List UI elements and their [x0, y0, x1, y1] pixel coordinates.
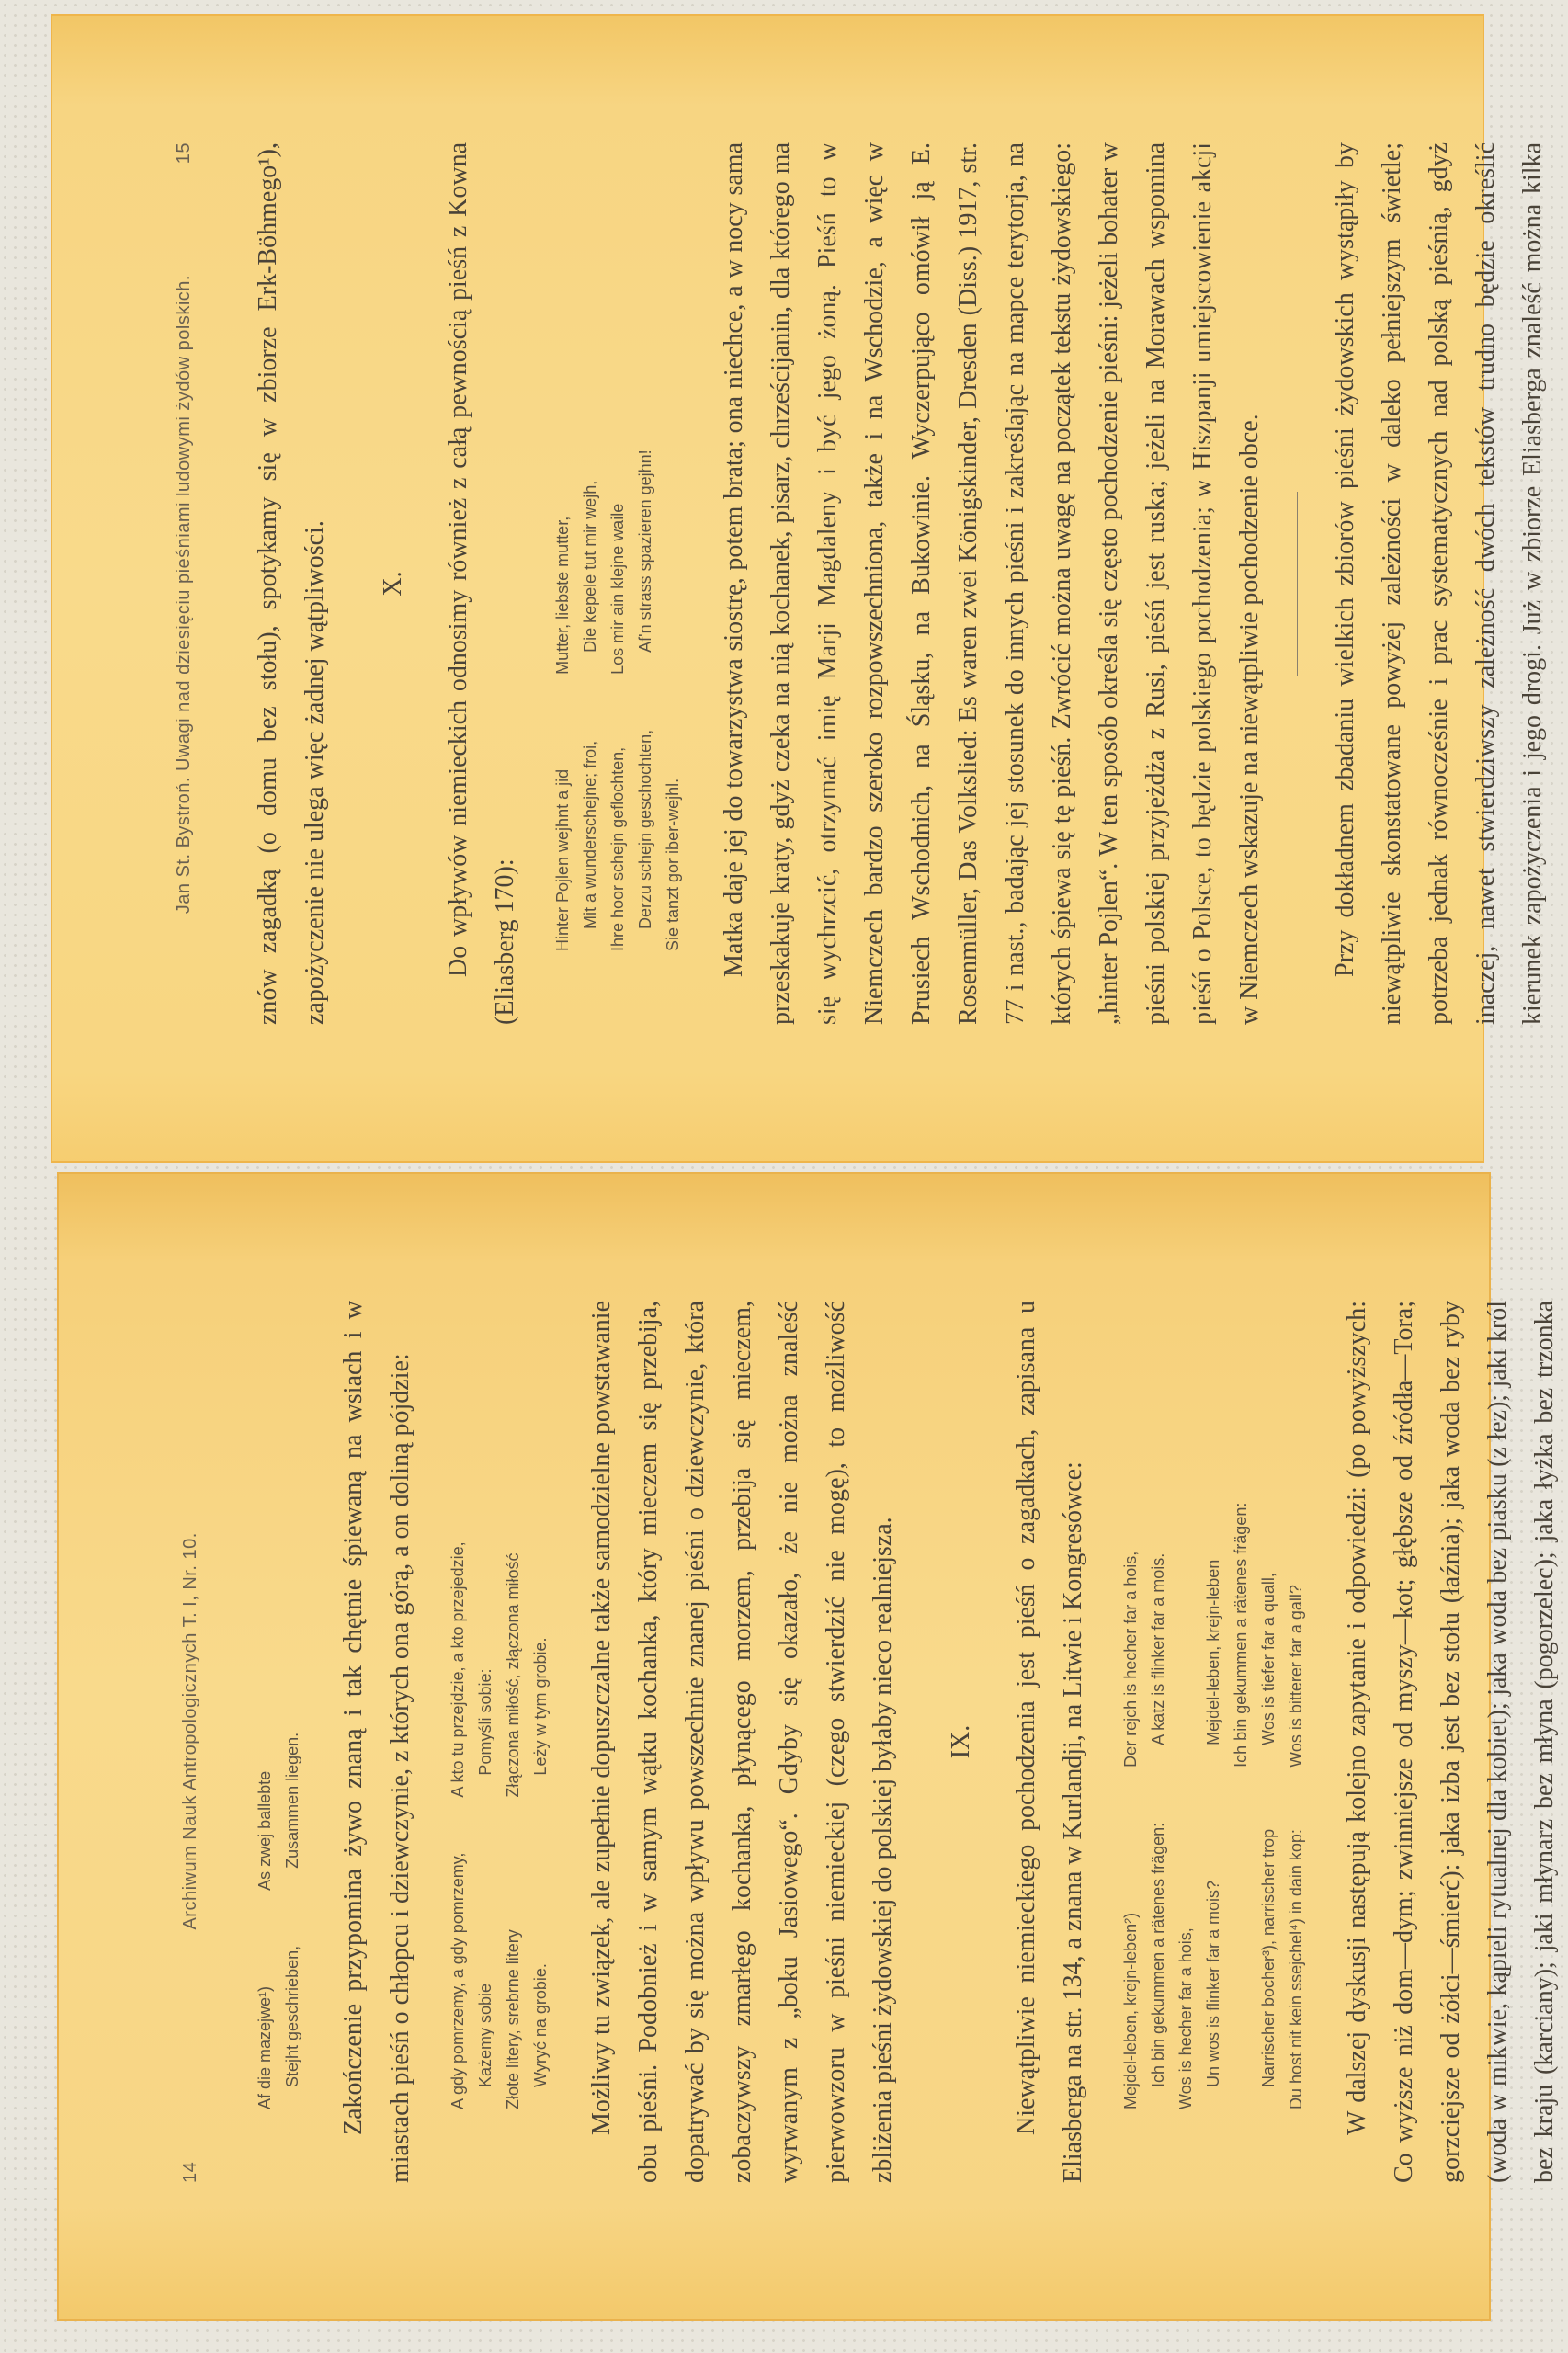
verse-line: Stejht geschrieben, [278, 1946, 306, 2109]
verse-line: Los mir ain klejne waile [604, 449, 631, 675]
verse-line: Narrischer bocher³), narrischer trop [1255, 1823, 1282, 2109]
verse-column: A gdy pomrzemy, a gdy pomrzemy,Każemy so… [444, 1853, 554, 2109]
section-heading: IX. [937, 1301, 984, 2183]
verse-line: Mejdel-leben, krejn-leben [1199, 1503, 1227, 1768]
verse-line: Un wos is flinker far a mois? [1199, 1823, 1227, 2109]
verse-line: Die kepele tut mir wejh, [576, 449, 604, 675]
verse-line: As zwej ballebte [251, 1733, 278, 1891]
verse-block: Af die mazejwe¹)Stejht geschrieben, As z… [251, 1301, 306, 2109]
running-head-text: Archiwum Nauk Antropologicznych T. I, Nr… [167, 1301, 214, 2162]
verse-line: Leży w tym grobie. [527, 1541, 554, 1797]
verse-line: Zusammen liegen. [278, 1733, 306, 1891]
paragraph: Matka daje jej do towarzystwa siostrę, p… [710, 142, 1273, 1025]
verse-block: A gdy pomrzemy, a gdy pomrzemy,Każemy so… [444, 1301, 554, 2109]
verse-line: Derzu schejn geschochten, [631, 730, 659, 951]
verse-line: Af'n strass spazieren gejhn! [631, 449, 659, 675]
verse-column: Hinter Pojlen wejhnt a jidMit a wundersc… [549, 730, 687, 951]
verse-column: Der rejch is hecher far a hois,A katz is… [1117, 1503, 1310, 1768]
page-number: 14 [167, 2162, 214, 2183]
verse-block: Mejdel-leben, krejn-leben²)Ich bin gekum… [1117, 1301, 1310, 2109]
verse-line: Złote litery, srebrne litery [499, 1853, 527, 2109]
page-number: 15 [161, 142, 208, 164]
verse-line: Der rejch is hecher far a hois, [1117, 1503, 1144, 1768]
verse-line: Ihre hoor schejn geflochten, [604, 730, 631, 951]
page-15: Jan St. Bystroń. Uwagi nad dziesięciu pi… [51, 14, 1484, 1163]
verse-line: Wos is bitterer far a gall? [1282, 1503, 1310, 1768]
verse-line: Wos is hecher far a hois, [1172, 1823, 1199, 2109]
verse-line: Mutter, liebste mutter, [549, 449, 576, 675]
verse-column: As zwej ballebteZusammen liegen. [251, 1733, 306, 1891]
running-header: Jan St. Bystroń. Uwagi nad dziesięciu pi… [161, 142, 208, 1025]
paragraph: Do wpływów niemieckich odnosimy również … [435, 142, 528, 1025]
verse-column: Mejdel-leben, krejn-leben²)Ich bin gekum… [1117, 1823, 1310, 2109]
paragraph: znów zagadką (o domu bez stołu), spotyka… [244, 142, 338, 1025]
verse-line: Mejdel-leben, krejn-leben²) [1117, 1823, 1144, 2109]
verse-line: Sie tanzt gor iber-wejhl. [659, 730, 687, 951]
verse-line: Hinter Pojlen wejhnt a jid [549, 730, 576, 951]
paragraph: W dalszej dyskusji następują kolejno zap… [1334, 1301, 1568, 2183]
divider [1297, 492, 1298, 676]
running-header: 14 Archiwum Nauk Antropologicznych T. I,… [167, 1301, 214, 2183]
verse-column: Mutter, liebste mutter,Die kepele tut mi… [549, 449, 687, 675]
page-14-content: 14 Archiwum Nauk Antropologicznych T. I,… [167, 1301, 1568, 2183]
paragraph: Przy dokładnem zbadaniu wielkich zbiorów… [1322, 142, 1568, 1025]
paragraph: Niewątpliwie niemieckiego pochodzenia je… [1003, 1301, 1096, 2183]
paragraph: Zakończenie przypomina żywo znaną i tak … [330, 1301, 424, 2183]
page-14: 14 Archiwum Nauk Antropologicznych T. I,… [57, 1172, 1491, 2321]
section-heading: X. [369, 142, 416, 1025]
verse-line: Mit a wunderschejne; froi, [576, 730, 604, 951]
verse-line: Pomyśli sobie: [472, 1541, 499, 1797]
verse-line: Ich bin gekummen a rätenes frägen: [1144, 1823, 1172, 2109]
verse-line: Du host nit kein ssejchel⁴) in dain kop: [1282, 1823, 1310, 2109]
verse-line [1172, 1503, 1199, 1768]
paragraph: Możliwy tu związek, ale zupełnie dopuszc… [578, 1301, 906, 2183]
verse-line: Wos is tiefer far a quall, [1255, 1503, 1282, 1768]
verse-column: A kto tu przejdzie, a kto przejedzie,Pom… [444, 1541, 554, 1797]
running-head-text: Jan St. Bystroń. Uwagi nad dziesięciu pi… [161, 164, 208, 1025]
verse-line: Wyryć na grobie. [527, 1853, 554, 2109]
verse-line [1227, 1823, 1255, 2109]
verse-column: Af die mazejwe¹)Stejht geschrieben, [251, 1946, 306, 2109]
verse-line: Każemy sobie [472, 1853, 499, 2109]
verse-line: A gdy pomrzemy, a gdy pomrzemy, [444, 1853, 472, 2109]
verse-line: Ich bin gekummen a rätenes frägen: [1227, 1503, 1255, 1768]
verse-line: Złączona miłość, złączona miłość [499, 1541, 527, 1797]
page-15-content: Jan St. Bystroń. Uwagi nad dziesięciu pi… [161, 142, 1568, 1025]
verse-line: A kto tu przejdzie, a kto przejedzie, [444, 1541, 472, 1797]
verse-line: Af die mazejwe¹) [251, 1946, 278, 2109]
verse-block: Hinter Pojlen wejhnt a jidMit a wundersc… [549, 142, 687, 951]
verse-line: A katz is flinker far a mois. [1144, 1503, 1172, 1768]
